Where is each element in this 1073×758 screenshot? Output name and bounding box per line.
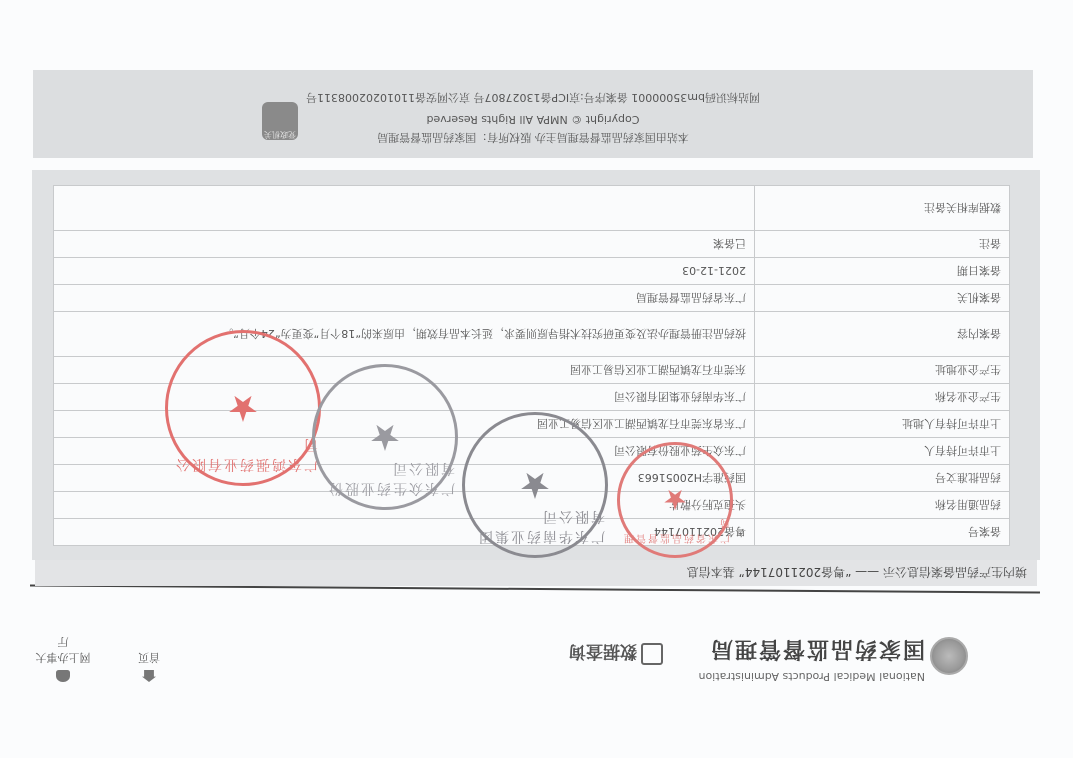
field-value: 2021-12-03 [54, 258, 755, 285]
seal-text: 广东众生药业股份有限公司 [315, 459, 455, 499]
breadcrumb-text: 境内生产药品备案信息公示 —— “粤备2021107144” 基本信息 [687, 564, 1027, 581]
field-label: 备案日期 [755, 258, 1010, 285]
seal-text: 广东省药品监督管理局 [620, 517, 730, 547]
table-row: 数据库相关备注 [54, 186, 1010, 231]
agency-seal-red: 广东省药品监督管理局★ [617, 442, 733, 558]
field-label: 数据库相关备注 [755, 186, 1010, 231]
field-label: 备案内容 [755, 312, 1010, 357]
user-icon [56, 670, 70, 682]
company-seal-gray-2: 广东众生药业股份有限公司★ [312, 364, 458, 510]
company-seal-red: 广东鸿强药业有限公司★ [165, 330, 321, 486]
search-icon [641, 643, 663, 665]
table-row: 备案机关广东省药品监督管理局 [54, 285, 1010, 312]
footer-owner: 本站由国家药品监督管理局主办 版权所有：国家药品监督管理局 [33, 130, 1033, 146]
footer-copyright: Copyright © NMPA All Rights Reserved [33, 113, 1033, 126]
field-value [54, 186, 755, 231]
data-query-label: 数据查询 [569, 641, 637, 661]
seal-text: 广东华南药业集团有限公司 [465, 507, 605, 547]
table-row: 备案日期2021-12-03 [54, 258, 1010, 285]
field-label: 药品通用名称 [755, 492, 1010, 519]
table-row: 备注已备案 [54, 231, 1010, 258]
field-label: 生产企业名称 [755, 384, 1010, 411]
nav-home[interactable]: 首页 [138, 650, 160, 682]
data-query-link[interactable]: 数据查询 [569, 641, 663, 666]
company-seal-gray-1: 广东华南药业集团有限公司★ [462, 412, 608, 558]
nmpa-emblem-icon [930, 637, 968, 675]
site-footer: 本站由国家药品监督管理局主办 版权所有：国家药品监督管理局 Copyright … [33, 70, 1033, 158]
gov-badge-icon[interactable]: 党政机关 [262, 102, 298, 140]
site-header: 国家药品监督管理局 National Medical Products Admi… [33, 608, 1033, 688]
brand-title: 国家药品监督管理局 [709, 635, 925, 666]
field-label: 生产企业地址 [755, 357, 1010, 384]
field-value: 广东省药品监督管理局 [54, 285, 755, 312]
nav-hall-label: 网上办事大厅 [36, 635, 91, 664]
field-label: 备注 [755, 231, 1010, 258]
seal-text: 广东鸿强药业有限公司 [168, 435, 318, 475]
field-label: 上市许可持有人 [755, 438, 1010, 465]
scanned-page: 国家药品监督管理局 National Medical Products Admi… [0, 0, 1073, 758]
field-label: 上市许可持有人地址 [755, 411, 1010, 438]
field-value: 已备案 [54, 231, 755, 258]
field-label: 备案机关 [755, 285, 1010, 312]
nav-online-hall[interactable]: 网上办事大厅 [33, 634, 93, 682]
field-label: 备案号 [755, 519, 1010, 546]
field-value: 按药品注册管理办法及变更研究技术指导原则要求，延长本品有效期，由原来的“18个月… [54, 312, 755, 357]
badge-text: 党政机关 [264, 130, 296, 139]
brand-subtitle: National Medical Products Administration [699, 670, 925, 683]
breadcrumb: 境内生产药品备案信息公示 —— “粤备2021107144” 基本信息 [35, 560, 1037, 586]
home-icon [142, 670, 156, 682]
field-label: 药品批准文号 [755, 465, 1010, 492]
nav-home-label: 首页 [138, 651, 160, 664]
footer-icp: 网站标识码bm35000001 备案序号:京ICP备13027807号 京公网安… [33, 90, 1033, 106]
